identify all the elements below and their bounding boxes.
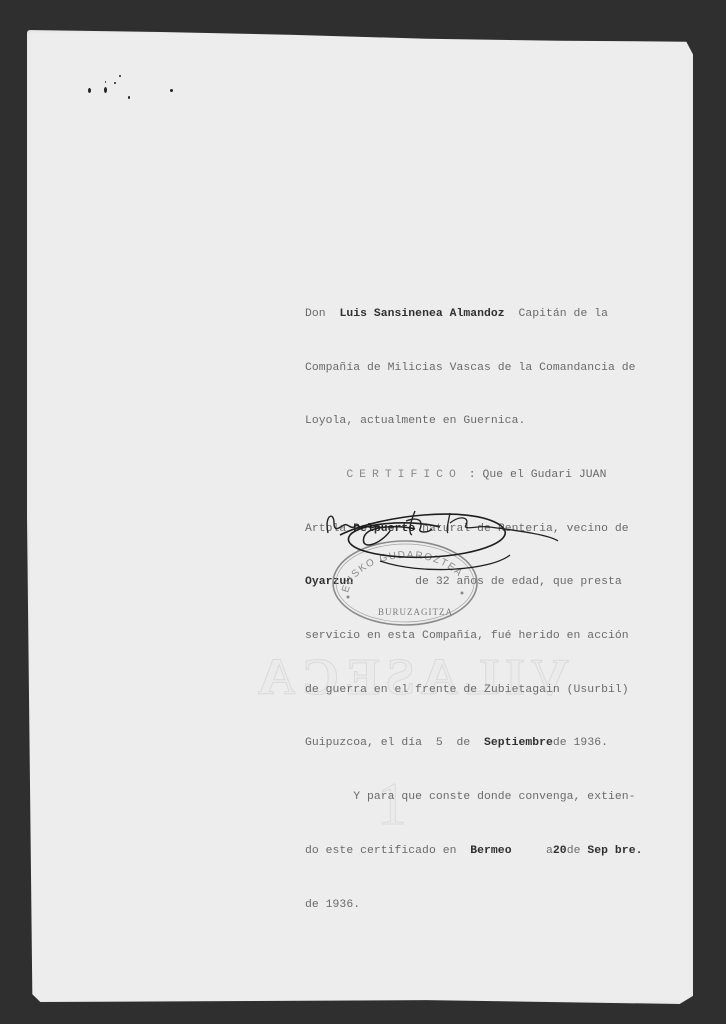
text-line-2: Compañía de Milicias Vascas de la Comand… (305, 360, 695, 378)
stamp-bottom-text: BURUZAGITZA (378, 607, 453, 617)
text-line-4: CERTIFICO : Que el Gudari JUAN (305, 467, 695, 485)
issue-day: 20 (553, 845, 567, 857)
issue-month: Sep bre. (587, 845, 642, 857)
text-line-11: do este certificado en Bermeo a20de Sep … (305, 843, 695, 861)
issue-place: Bermeo (470, 845, 511, 857)
text-line-3: Loyola, actualmente en Guernica. (305, 413, 695, 431)
text-line-1: Don Luis Sansinenea Almandoz Capitán de … (305, 306, 695, 324)
text-line-8: de guerra en el frente de Zubietagain (U… (305, 682, 695, 700)
handwritten-signature (320, 505, 570, 585)
officer-name: Luis Sansinenea Almandoz (339, 308, 504, 320)
text-line-7: servicio en esta Compañía, fué herido en… (305, 628, 695, 646)
ink-specks (82, 74, 182, 104)
text-line-9: Guipuzcoa, el día 5 de Septiembrede 1936… (305, 735, 695, 753)
certifico-heading: CERTIFICO (346, 469, 462, 481)
text-line-10: Y para que conste donde convenga, extien… (305, 789, 695, 807)
injury-month: Septiembre (484, 737, 553, 749)
text-line-12: de 1936. (305, 897, 695, 915)
